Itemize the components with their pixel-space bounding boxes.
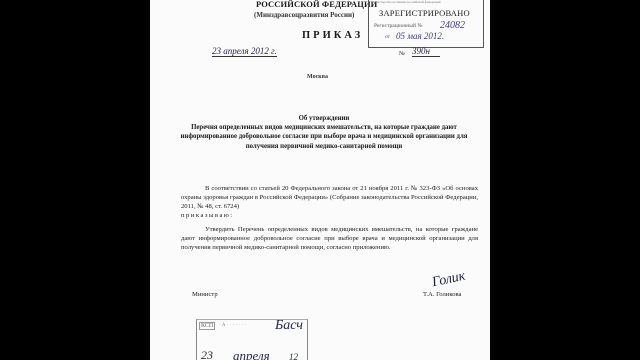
stamp-registered: ЗАРЕГИСТРИРОВАНО: [379, 8, 470, 18]
order-number: 390н: [412, 46, 440, 57]
signature: Голик: [431, 269, 467, 292]
registration-stamp: министерство юстиции российской федераци…: [368, 0, 484, 48]
receipt-code: КСП: [199, 322, 215, 330]
document-page: РОССИЙСКОЙ ФЕДЕРАЦИИ (Минздравсоцразвити…: [150, 0, 490, 360]
subject-block: Об утверждении Перечня определенных видо…: [170, 114, 478, 151]
receipt-year: 12: [289, 352, 298, 360]
receipt-stamp: КСП · А · · · · · · · Басч 23 апреля 12: [196, 319, 308, 360]
receipt-handwritten: Басч: [275, 318, 303, 334]
city: Москва: [307, 74, 328, 80]
header-ministry: (Минздравсоцразвития России): [254, 11, 354, 19]
stamp-reg-label: Регистрационный №: [374, 23, 423, 29]
order-word: приказываю:: [181, 211, 478, 220]
preamble-text: В соответствии со статьей 20 Федеральног…: [181, 184, 478, 211]
order-number-label: №: [399, 51, 405, 57]
preamble-paragraph: В соответствии со статьей 20 Федеральног…: [181, 184, 478, 220]
subject-heading: Об утверждении: [170, 114, 478, 123]
stamp-date-label: от: [385, 34, 390, 40]
receipt-month: апреля: [233, 348, 270, 360]
resolution-paragraph: Утвердить Перечень определенных видов ме…: [181, 225, 478, 252]
stamp-date: 05 мая 2012.: [396, 31, 444, 41]
signatory-name: Т.А. Голикова: [423, 291, 461, 298]
subject-text: Перечня определенных видов медицинских в…: [170, 123, 478, 151]
header-country: РОССИЙСКОЙ ФЕДЕРАЦИИ: [256, 0, 377, 9]
stamp-reg-number: 24082: [440, 20, 465, 31]
signatory-title: Министр: [192, 291, 218, 298]
receipt-day: 23: [201, 348, 213, 360]
document-title: ПРИКАЗ: [302, 30, 363, 41]
receipt-fields: · А · · · · · · ·: [219, 323, 246, 328]
order-date: 23 апреля 2012 г.: [212, 46, 277, 57]
stamp-authority: министерство юстиции российской федераци…: [371, 0, 441, 4]
